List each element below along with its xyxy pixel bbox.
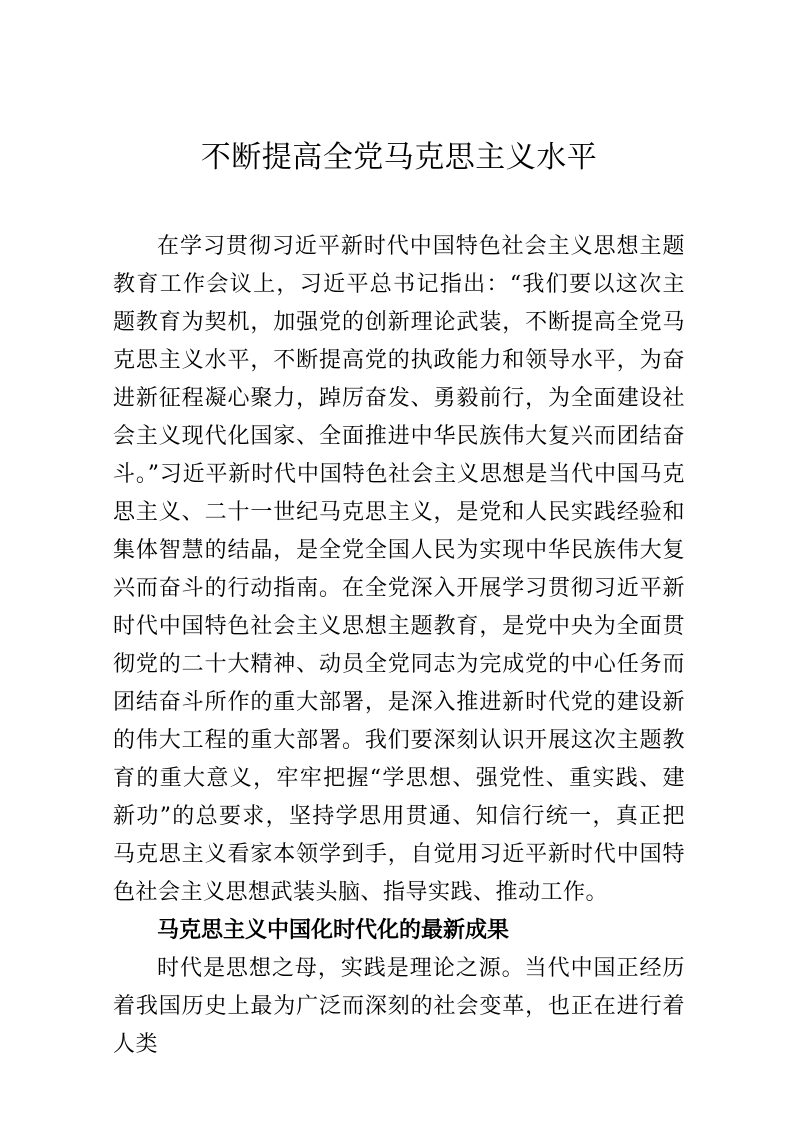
- paragraph-main: 在学习贯彻习近平新时代中国特色社会主义思想主题教育工作会议上，习近平总书记指出：…: [113, 228, 685, 912]
- paragraph-second: 时代是思想之母，实践是理论之源。当代中国正经历着我国历史上最为广泛而深刻的社会变…: [113, 950, 685, 1064]
- document-title: 不断提高全党马克思主义水平: [113, 140, 685, 176]
- section-heading: 马克思主义中国化时代化的最新成果: [113, 912, 685, 950]
- document-page: 不断提高全党马克思主义水平 在学习贯彻习近平新时代中国特色社会主义思想主题教育工…: [0, 0, 793, 1122]
